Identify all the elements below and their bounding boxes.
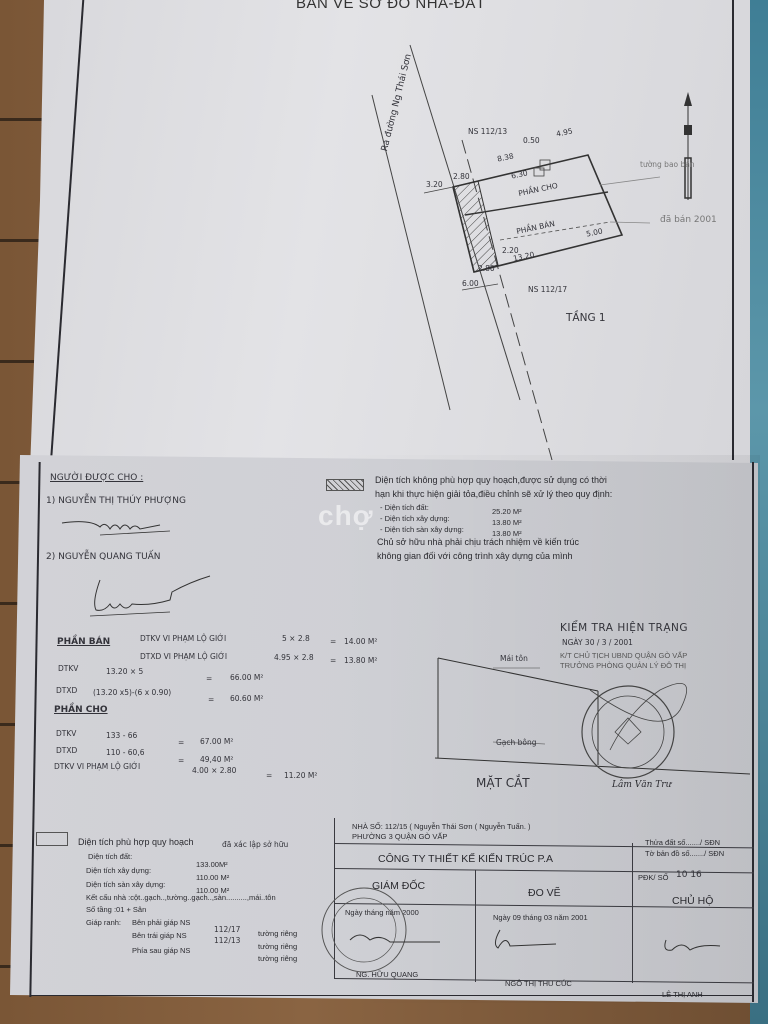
noncompliant-line1: Diện tích không phù hợp quy hoạch,được s… (375, 475, 607, 485)
give-row-3-formula: 4.00 × 2.80 (192, 766, 236, 775)
dimension-2-20: 2.20 (502, 246, 519, 255)
compliant-build-value: 110.00 M² (196, 873, 229, 882)
give-row-3-label: DTKV VI PHẠM LỘ GIỚI (54, 762, 140, 771)
director-label: GIÁM ĐỐC (372, 880, 425, 892)
compliant-land-value: 133.00M² (196, 860, 228, 869)
boundary-rear-wall: tường riêng (258, 954, 297, 963)
dimension-6-00: 6.00 (462, 279, 479, 288)
compliant-legend-icon (36, 832, 68, 846)
give-row-1-result: 67.00 M² (200, 737, 233, 746)
sell-row-2-result: 13.80 M² (344, 656, 377, 665)
annotation-sold-2001: đã bán 2001 (660, 215, 717, 225)
owner-label: CHỦ HỘ (672, 895, 713, 907)
sell-row-2-eq: = (330, 656, 336, 665)
give-row-3-result: 11.20 M² (284, 771, 317, 780)
site-plan-drawing (0, 0, 768, 470)
sell-row-1-label: DTKV VI PHẠM LỘ GIỚI (140, 634, 226, 643)
boundary-rear-side: Phía sau giáp NS (132, 946, 190, 955)
owner-note-line1: Chủ sở hữu nhà phải chịu trách nhiệm về … (377, 537, 579, 547)
sell-row-3-eq: = (206, 674, 212, 683)
sell-row-1-eq: = (330, 637, 336, 646)
compliant-structure: Kết cấu nhà :cột..gạch..,tường..gạch..,s… (86, 893, 276, 902)
cross-section-drawing (430, 650, 768, 790)
give-row-2-result: 49,40 M² (200, 755, 233, 764)
boundary-left-ns: 112/13 (214, 936, 240, 945)
sell-row-2-formula: 4.95 × 2.8 (274, 653, 314, 662)
compliant-land-label: Diện tích đất: (88, 852, 132, 861)
recipient-2: 2) NGUYỄN QUANG TUẤN (46, 552, 161, 562)
boundary-right-ns: 112/17 (214, 925, 240, 934)
map-number: Tờ bản đồ số......./ SĐN (645, 849, 724, 858)
dimension-3-20: 3.20 (426, 180, 443, 189)
give-heading: PHẦN CHO (54, 705, 108, 715)
noncompliant-floor-label: - Diện tích sàn xây dựng: (380, 525, 464, 534)
boundary-right-wall: tường riêng (258, 929, 297, 938)
floor-material-label: Gạch bông (496, 738, 537, 747)
section-title: MẶT CẮT (476, 776, 530, 790)
noncompliant-build-value: 13.80 M² (492, 518, 522, 527)
owner-note-line2: không gian đối với công trình xây dựng c… (377, 551, 573, 561)
give-row-1-label: DTKV (56, 729, 76, 738)
director-name: NG. HỮU QUANG (356, 970, 418, 979)
sell-row-4-result: 60.60 M² (230, 694, 263, 703)
signature-2 (90, 572, 230, 622)
director-date: Ngày tháng năm 2000 (345, 908, 419, 917)
sell-row-4-label: DTXD (56, 686, 77, 695)
give-row-1-formula: 133 - 66 (106, 731, 137, 740)
owner-name: LÊ THỊ ANH (662, 990, 703, 999)
inspection-signer: Lâm Văn Trư (612, 780, 671, 790)
hatch-legend-icon (326, 479, 364, 491)
permit-label: PĐK/ SỐ (638, 873, 668, 882)
boundary-left-side: Bên trái giáp NS (132, 931, 187, 940)
house-number: NHÀ SỐ: 112/15 ( Nguyễn Thái Sơn ( Nguyễ… (352, 822, 530, 831)
roof-label: Mái tôn (500, 654, 528, 663)
sell-row-1-result: 14.00 M² (344, 637, 377, 646)
give-row-2-formula: 110 - 60,6 (106, 748, 145, 757)
inspection-title: KIỂM TRA HIỆN TRẠNG (560, 622, 688, 634)
sell-row-2-label: DTXD VI PHẠM LỘ GIỚI (140, 652, 227, 661)
company-name: CÔNG TY THIẾT KẾ KIẾN TRÚC P.A (378, 853, 553, 865)
drawn-by-label: ĐO VẼ (528, 887, 561, 899)
compliant-floors: Số tầng :01 + Sân (86, 905, 146, 914)
boundary-left-wall: tường riêng (258, 942, 297, 951)
floor-label: TẦNG 1 (566, 312, 606, 324)
sell-row-1-formula: 5 × 2.8 (282, 634, 310, 643)
compliant-heading: Diện tích phù hợp quy hoạch (78, 837, 193, 847)
dimension-2-80-bottom: 2.80 (478, 264, 495, 273)
recipients-heading: NGƯỜI ĐƯỢC CHO : (50, 473, 143, 483)
sell-row-4-formula: (13.20 x5)-(6 x 0.90) (93, 688, 171, 697)
compliant-floor-label: Diện tích sàn xây dựng: (86, 880, 165, 889)
sell-heading: PHẦN BÁN (57, 637, 110, 647)
noncompliant-land-label: - Diện tích đất: (380, 503, 429, 512)
sell-row-3-label: DTKV (58, 664, 78, 673)
annotation-wall-sold: tường bao bán (640, 160, 695, 169)
noncompliant-build-label: - Diện tích xây dựng: (380, 514, 450, 523)
compliant-build-label: Diện tích xây dựng: (86, 866, 151, 875)
ward-district: PHƯỜNG 3 QUẬN GÒ VẤP (352, 832, 447, 841)
give-row-2-label: DTXD (56, 746, 77, 755)
compliant-heading-hand: đã xác lập sở hữu (222, 840, 288, 849)
sell-row-3-formula: 13.20 × 5 (106, 667, 143, 676)
boundary-label: Giáp ranh: (86, 918, 121, 927)
frame-border-bottom (30, 995, 754, 996)
give-row-3-eq: = (266, 771, 272, 780)
give-row-1-eq: = (178, 738, 184, 747)
signature-1 (60, 515, 180, 545)
dimension-0-50: 0.50 (523, 136, 540, 145)
noncompliant-land-value: 25.20 M² (492, 507, 522, 516)
boundary-right-side: Bên phải giáp NS (132, 918, 190, 927)
permit-value: 10 16 (676, 870, 702, 880)
noncompliant-line2: hạn khi thực hiện giải tỏa,điều chỉnh sẽ… (375, 489, 612, 499)
drawer-name: NGÔ THỊ THU CÚC (505, 979, 572, 988)
sell-row-4-eq: = (208, 695, 214, 704)
dimension-2-80-top: 2.80 (453, 172, 470, 181)
inspection-date: NGÀY 30 / 3 / 2001 (562, 638, 633, 647)
neighbor-top-label: NS 112/13 (468, 127, 507, 136)
lot-number: Thửa đất số......./ SĐN (645, 838, 720, 847)
sell-row-3-result: 66.00 M² (230, 673, 263, 682)
give-row-2-eq: = (178, 756, 184, 765)
neighbor-bottom-label: NS 112/17 (528, 285, 567, 294)
recipient-1: 1) NGUYỄN THỊ THÚY PHƯỢNG (46, 496, 186, 506)
watermark-logo: chợ (318, 500, 374, 532)
